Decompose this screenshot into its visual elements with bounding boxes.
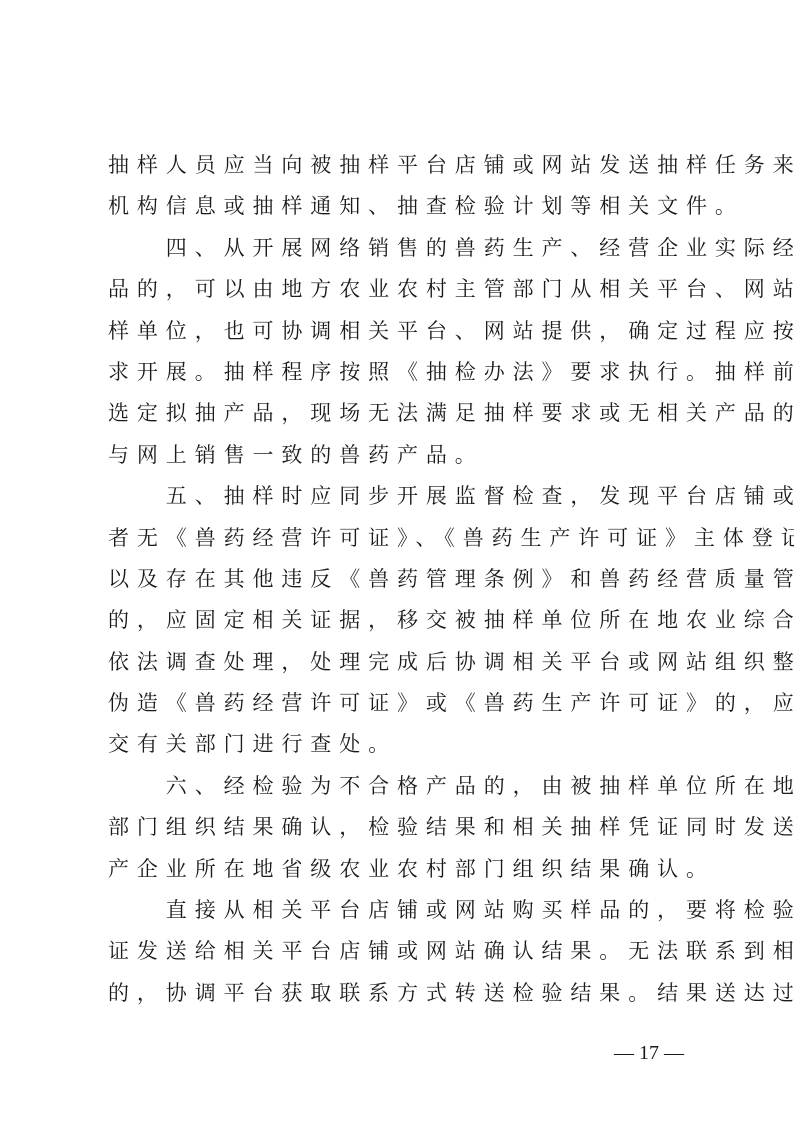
text-line: 以及存在其他违反《兽药管理条例》和兽药经营质量管理规范等行为 (108, 559, 698, 600)
paragraph-start-line: 五、抽样时应同步开展监督检查，发现平台店铺或网站是个人或 (108, 476, 698, 517)
text-line: 依法调查处理，处理完成后协调相关平台或网站组织整改。发现使用 (108, 642, 698, 683)
text-line: 品的，可以由地方农业农村主管部门从相关平台、网站筛选确定被抽 (108, 269, 698, 310)
text-line: 机构信息或抽样通知、抽查检验计划等相关文件。 (108, 186, 698, 227)
text-line: 交有关部门进行查处。 (108, 724, 698, 765)
text-line: 伪造《兽药经营许可证》或《兽药生产许可证》的，应将相关证据移 (108, 683, 698, 724)
text-line: 与网上销售一致的兽药产品。 (108, 435, 698, 476)
text-line: 抽样人员应当向被抽样平台店铺或网站发送抽样任务来源说明、抽样 (108, 145, 698, 186)
text-line: 选定拟抽产品，现场无法满足抽样要求或无相关产品的，应选取其他 (108, 393, 698, 434)
text-line: 的，应固定相关证据，移交被抽样单位所在地农业综合行政执法部门 (108, 600, 698, 641)
text-line: 产企业所在地省级农业农村部门组织结果确认。 (108, 849, 698, 890)
text-line: 证发送给相关平台店铺或网站确认结果。无法联系到相关平台店铺 (108, 931, 698, 972)
text-line: 者无《兽药经营许可证》、《兽药生产许可证》主体登记或建立的， (108, 518, 698, 559)
paragraph-start-line: 直接从相关平台店铺或网站购买样品的，要将检验结果和抽样凭 (108, 890, 698, 931)
text-line: 的，协调平台获取联系方式转送检验结果。结果送达过程要留存相应 (108, 973, 698, 1014)
paragraph-start-line: 六、经检验为不合格产品的，由被抽样单位所在地省级农业农村 (108, 766, 698, 807)
page-number: — 17 — (614, 1042, 684, 1065)
document-page: 抽样人员应当向被抽样平台店铺或网站发送抽样任务来源说明、抽样 机构信息或抽样通知… (0, 0, 794, 1123)
text-line: 求开展。抽样程序按照《抽检办法》要求执行。抽样前应预先在网上 (108, 352, 698, 393)
text-line: 样单位，也可协调相关平台、网站提供，确定过程应按照“双随机”要 (108, 311, 698, 352)
text-line: 部门组织结果确认，检验结果和相关抽样凭证同时发送给产品标称生 (108, 807, 698, 848)
paragraph-start-line: 四、从开展网络销售的兽药生产、经营企业实际经营场所抽取样 (108, 228, 698, 269)
body-text: 抽样人员应当向被抽样平台店铺或网站发送抽样任务来源说明、抽样 机构信息或抽样通知… (108, 145, 698, 1014)
